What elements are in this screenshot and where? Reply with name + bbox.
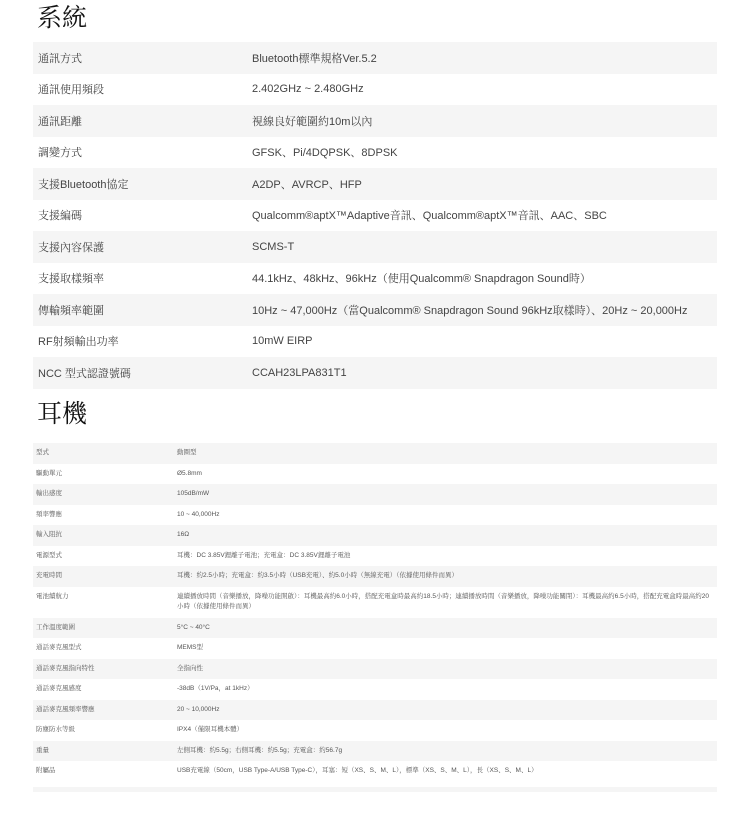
spec-label: 傳輸頻率範圍 [33, 294, 252, 326]
spec-value: 全指向性 [177, 659, 717, 680]
table-row: 重量左側耳機：約5.5g；右側耳機：約5.5g；充電盒：約56.7g [33, 741, 717, 762]
spec-label: 工作溫度範圍 [33, 618, 177, 639]
spec-label: 支援內容保護 [33, 231, 252, 263]
spec-value: CCAH23LPA831T1 [252, 357, 717, 389]
spec-value: IPX4（僅限耳機本體） [177, 720, 717, 741]
spec-label: 通話麥克風頻率響應 [33, 700, 177, 721]
spec-label: 輸出感度 [33, 484, 177, 505]
table-row: 支援取樣頻率44.1kHz、48kHz、96kHz（使用Qualcomm® Sn… [33, 263, 717, 295]
table-row: 通話麥克風頻率響應20 ~ 10,000Hz [33, 700, 717, 721]
table-row: 防塵防水等級IPX4（僅限耳機本體） [33, 720, 717, 741]
table-row: 附屬品USB充電線（50cm，USB Type-A/USB Type-C），耳塞… [33, 761, 717, 782]
spec-label: 輸入阻抗 [33, 525, 177, 546]
table-row: 支援Bluetooth協定A2DP、AVRCP、HFP [33, 168, 717, 200]
spec-value: 44.1kHz、48kHz、96kHz（使用Qualcomm® Snapdrag… [252, 263, 717, 295]
spec-label: 電源型式 [33, 546, 177, 567]
table-row: 支援內容保護SCMS-T [33, 231, 717, 263]
spec-label: 驅動單元 [33, 464, 177, 485]
spec-value: 動圈型 [177, 443, 717, 464]
spec-value: Ø5.8mm [177, 464, 717, 485]
spec-value: 105dB/mW [177, 484, 717, 505]
spec-label: 頻率響應 [33, 505, 177, 526]
spec-value: 10 ~ 40,000Hz [177, 505, 717, 526]
table-row: RF射頻輸出功率10mW EIRP [33, 326, 717, 358]
table-row: NCC 型式認證號碼CCAH23LPA831T1 [33, 357, 717, 389]
spec-label: 通訊距離 [33, 105, 252, 137]
section-title-system: 系統 [37, 6, 87, 31]
table-row: 頻率響應10 ~ 40,000Hz [33, 505, 717, 526]
spec-value: GFSK、Pi/4DQPSK、8DPSK [252, 137, 717, 169]
spec-value: 耳機：DC 3.85V鋰離子電池；充電盒：DC 3.85V鋰離子電池 [177, 546, 717, 567]
spec-label: 調變方式 [33, 137, 252, 169]
spec-label: 通訊方式 [33, 42, 252, 74]
spec-label: 通訊使用頻段 [33, 74, 252, 106]
section-title-earphone: 耳機 [37, 402, 87, 427]
table-row: 調變方式GFSK、Pi/4DQPSK、8DPSK [33, 137, 717, 169]
spec-value: 2.402GHz ~ 2.480GHz [252, 74, 717, 106]
table-row: 通話麥克風型式MEMS型 [33, 638, 717, 659]
table-row: 通話麥克風感度-38dB（1V/Pa，at 1kHz） [33, 679, 717, 700]
spec-label: 電池續航力 [33, 587, 177, 618]
spec-value: 10mW EIRP [252, 326, 717, 358]
table-row: 支援編碼Qualcomm®aptX™Adaptive音訊、Qualcomm®ap… [33, 200, 717, 232]
table-row: 輸出感度105dB/mW [33, 484, 717, 505]
spec-label: 通話麥克風感度 [33, 679, 177, 700]
spec-value: 5°C ~ 40°C [177, 618, 717, 639]
spec-value: 耳機：約2.5小時；充電盒：約3.5小時（USB充電）、約5.0小時（無線充電）… [177, 566, 717, 587]
spec-label: 通話麥克風指向特性 [33, 659, 177, 680]
table-row: 通話麥克風指向特性全指向性 [33, 659, 717, 680]
table-row: 電池續航力連續播放時間（音樂播放，降噪功能開啟）：耳機最高約6.0小時，搭配充電… [33, 587, 717, 618]
table-row: 通訊使用頻段2.402GHz ~ 2.480GHz [33, 74, 717, 106]
table-row: 型式動圈型 [33, 443, 717, 464]
table-row: 通訊距離視線良好範圍約10m以內 [33, 105, 717, 137]
table-row: 工作溫度範圍5°C ~ 40°C [33, 618, 717, 639]
spec-value: 16Ω [177, 525, 717, 546]
spec-value: 視線良好範圍約10m以內 [252, 105, 717, 137]
spec-value: SCMS-T [252, 231, 717, 263]
spec-label: 支援Bluetooth協定 [33, 168, 252, 200]
spec-value: -38dB（1V/Pa，at 1kHz） [177, 679, 717, 700]
spec-label: 防塵防水等級 [33, 720, 177, 741]
spec-value: 左側耳機：約5.5g；右側耳機：約5.5g；充電盒：約56.7g [177, 741, 717, 762]
table-row: 充電時間耳機：約2.5小時；充電盒：約3.5小時（USB充電）、約5.0小時（無… [33, 566, 717, 587]
earphone-spec-table: 型式動圈型 驅動單元Ø5.8mm 輸出感度105dB/mW 頻率響應10 ~ 4… [33, 443, 717, 782]
spec-value: 連續播放時間（音樂播放，降噪功能開啟）：耳機最高約6.0小時，搭配充電盒時最高約… [177, 587, 717, 618]
spec-value: 20 ~ 10,000Hz [177, 700, 717, 721]
spec-value: A2DP、AVRCP、HFP [252, 168, 717, 200]
spec-label: 附屬品 [33, 761, 177, 782]
spec-value: USB充電線（50cm，USB Type-A/USB Type-C），耳塞：短（… [177, 761, 717, 782]
spec-label: 通話麥克風型式 [33, 638, 177, 659]
table-row: 傳輸頻率範圍10Hz ~ 47,000Hz（當Qualcomm® Snapdra… [33, 294, 717, 326]
system-spec-table: 通訊方式Bluetooth標準規格Ver.5.2 通訊使用頻段2.402GHz … [33, 42, 717, 389]
table-end-divider [33, 787, 717, 792]
spec-value: MEMS型 [177, 638, 717, 659]
table-row: 輸入阻抗16Ω [33, 525, 717, 546]
spec-value: 10Hz ~ 47,000Hz（當Qualcomm® Snapdragon So… [252, 294, 717, 326]
spec-label: NCC 型式認證號碼 [33, 357, 252, 389]
table-row: 驅動單元Ø5.8mm [33, 464, 717, 485]
spec-label: 支援取樣頻率 [33, 263, 252, 295]
spec-label: 支援編碼 [33, 200, 252, 232]
spec-value: Qualcomm®aptX™Adaptive音訊、Qualcomm®aptX™音… [252, 200, 717, 232]
spec-label: 型式 [33, 443, 177, 464]
spec-label: 重量 [33, 741, 177, 762]
table-row: 電源型式耳機：DC 3.85V鋰離子電池；充電盒：DC 3.85V鋰離子電池 [33, 546, 717, 567]
spec-label: RF射頻輸出功率 [33, 326, 252, 358]
spec-label: 充電時間 [33, 566, 177, 587]
table-row: 通訊方式Bluetooth標準規格Ver.5.2 [33, 42, 717, 74]
spec-value: Bluetooth標準規格Ver.5.2 [252, 42, 717, 74]
